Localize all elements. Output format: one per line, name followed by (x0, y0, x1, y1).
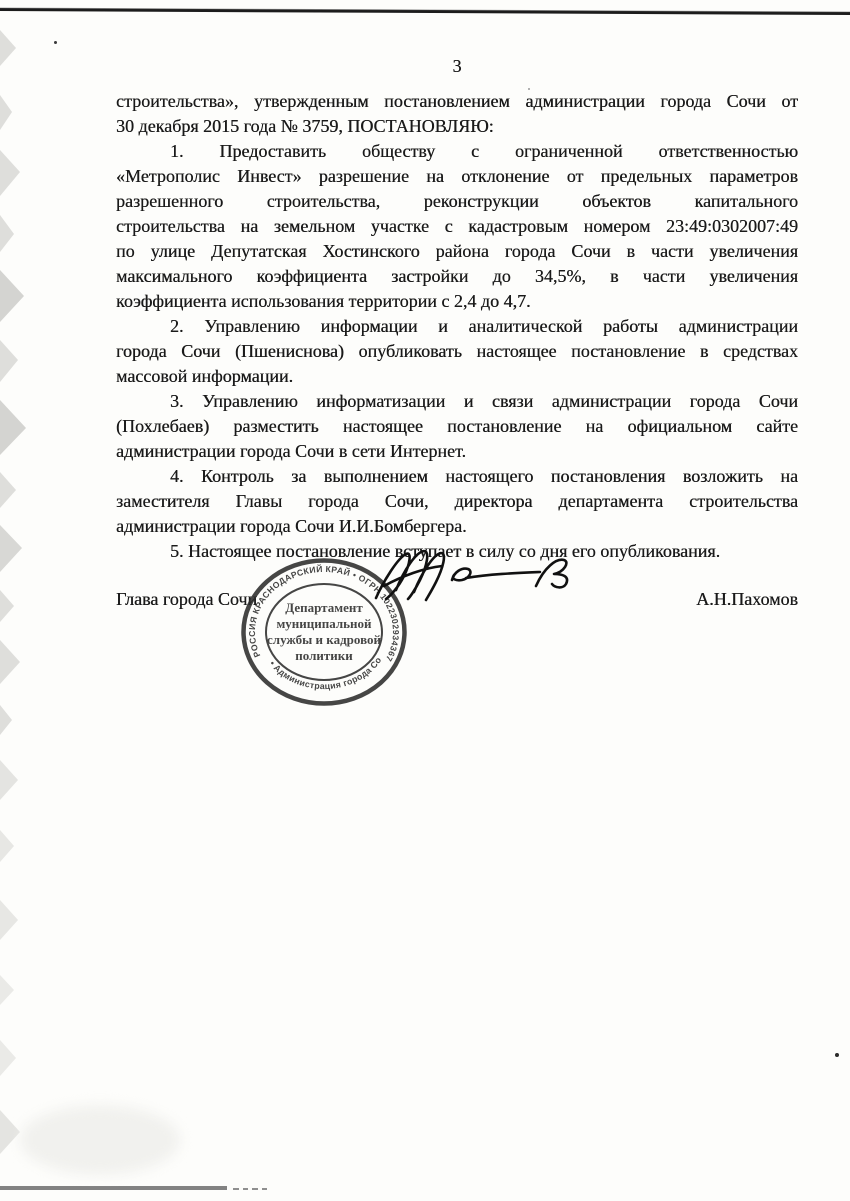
bottom-scan-dash (233, 1188, 239, 1190)
signer-title: Глава города Сочи (116, 587, 257, 612)
stamp-center-line: муниципальной (276, 616, 372, 631)
paragraph: 4. Контроль за выполнением настоящего по… (116, 464, 798, 539)
text-line: максимального коэффициента застройки до … (116, 264, 798, 289)
text-line: строительства на земельном участке с кад… (116, 214, 798, 239)
bottom-scan-dash (252, 1188, 258, 1190)
document-body: строительства», утвержденным постановлен… (116, 89, 798, 612)
paragraphs-container: строительства», утвержденным постановлен… (116, 89, 798, 564)
stamp-center-line: службы и кадровой (267, 632, 381, 647)
text-line: 2. Управлению информации и аналитической… (116, 314, 798, 339)
text-line: 1. Предоставить обществу с ограниченной … (116, 139, 798, 164)
handwritten-signature (340, 540, 590, 610)
page-number: 3 (116, 56, 798, 77)
signer-name: А.Н.Пахомов (696, 587, 798, 612)
text-line: (Похлебаев) разместить настоящее постано… (116, 414, 798, 439)
paragraph: 2. Управлению информации и аналитической… (116, 314, 798, 389)
text-line: «Метрополис Инвест» разрешение на отклон… (116, 164, 798, 189)
text-line: администрации города Сочи в сети Интерне… (116, 439, 798, 464)
paragraph: 3. Управлению информатизации и связи адм… (116, 389, 798, 464)
text-line: города Сочи (Пшениснова) опубликовать на… (116, 339, 798, 364)
text-line: массовой информации. (116, 364, 798, 389)
bottom-scan-dash (262, 1188, 267, 1190)
paragraph: 1. Предоставить обществу с ограниченной … (116, 139, 798, 314)
bottom-scan-dash (243, 1188, 248, 1190)
text-line: строительства», утвержденным постановлен… (116, 89, 798, 114)
text-line: заместителя Главы города Сочи, директора… (116, 489, 798, 514)
text-line: 30 декабря 2015 года № 3759, ПОСТАНОВЛЯЮ… (116, 114, 798, 139)
paragraph: строительства», утвержденным постановлен… (116, 89, 798, 139)
scan-speck (54, 41, 57, 44)
stamp-center-line: политики (295, 648, 353, 663)
text-line: коэффициента использования территории с … (116, 289, 798, 314)
scan-speck (835, 1053, 839, 1057)
text-line: разрешенного строительства, реконструкци… (116, 189, 798, 214)
text-line: 3. Управлению информатизации и связи адм… (116, 389, 798, 414)
scan-smudge (20, 1105, 180, 1175)
bottom-scan-line (0, 1186, 227, 1190)
scanned-document-page: 3 строительства», утвержденным постановл… (0, 0, 850, 1201)
left-edge-artifacts (0, 0, 34, 1201)
text-line: 4. Контроль за выполнением настоящего по… (116, 464, 798, 489)
text-line: администрации города Сочи И.И.Бомбергера… (116, 514, 798, 539)
top-scan-line (0, 0, 850, 20)
text-line: по улице Депутатская Хостинского района … (116, 239, 798, 264)
